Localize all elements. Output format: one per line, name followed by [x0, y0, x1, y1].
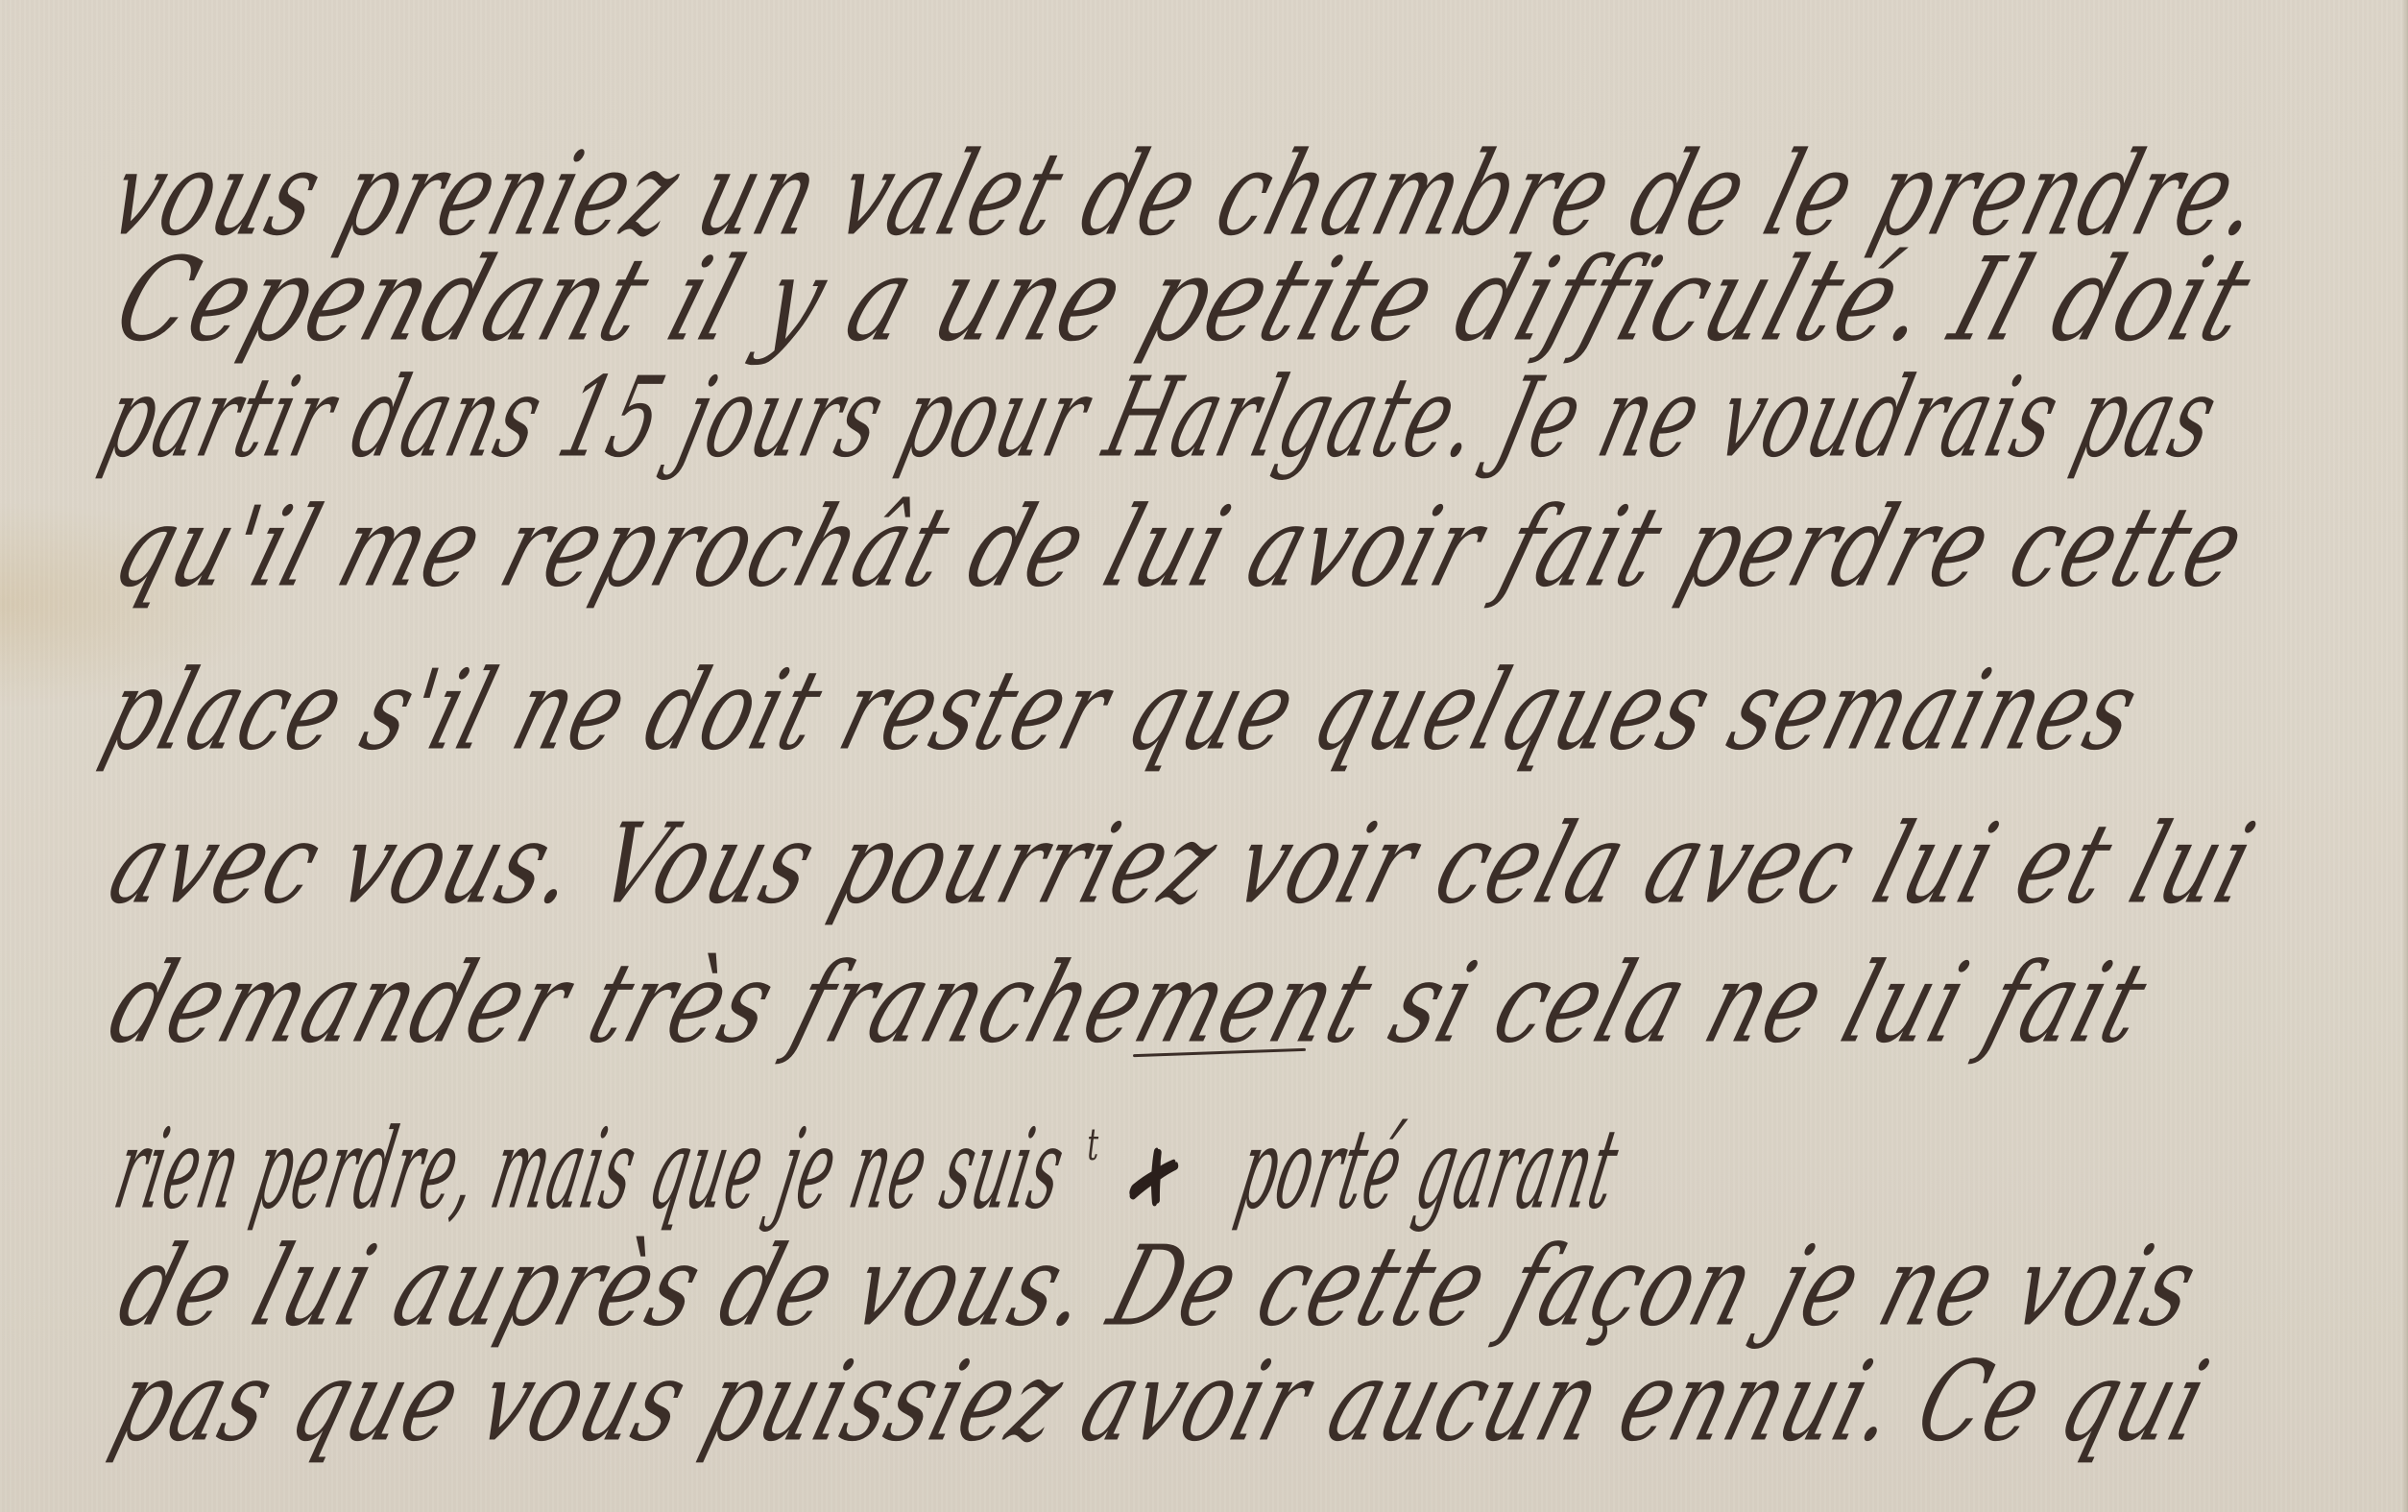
letter-text: pas que vous puissiez avoir aucun ennui.… — [101, 1337, 2223, 1466]
letter-text: rien perdre, mais que je ne suis — [106, 1105, 1075, 1234]
letter-line-7: demander très franchement si cela ne lui… — [96, 965, 2169, 1068]
letter-line-8: rien perdre, mais que je ne suis t ✗ por… — [106, 1118, 1633, 1234]
letter-text: partir dans 15 jours pour Harlgate. Je n… — [91, 353, 2231, 482]
letter-text: porté garant — [1229, 1105, 1629, 1234]
letter-text: demander très franchement si cela ne lui… — [96, 939, 2162, 1068]
letter-text: place s'il ne doit rester que quelques s… — [91, 646, 2153, 775]
superscript-mark: t — [1087, 1118, 1099, 1170]
letter-line-5: place s'il ne doit rester que quelques s… — [91, 672, 2159, 775]
letter-text: qu'il me reprochât de lui avoir fait per… — [101, 483, 2260, 612]
letter-text: avec vous. Vous pourriez voir cela avec … — [96, 800, 2269, 928]
letter-line-9: de lui auprès de vous. De cette façon je… — [106, 1248, 2219, 1351]
letter-line-10: pas que vous puissiez avoir aucun ennui.… — [101, 1363, 2228, 1466]
letter-line-6: avec vous. Vous pourriez voir cela avec … — [96, 826, 2276, 928]
letter-text: Cependant il y a une petite difficulté. … — [101, 232, 2268, 367]
letter-text: de lui auprès de vous. De cette façon je… — [106, 1222, 2212, 1351]
letter-line-3: partir dans 15 jours pour Harlgate. Je n… — [91, 379, 2236, 482]
letter-line-2: Cependant il y a une petite difficulté. … — [101, 259, 2275, 367]
letter-line-4: qu'il me reprochât de lui avoir fait per… — [101, 509, 2267, 612]
letter-page: vous preniez un valet de chambre de le p… — [0, 0, 2408, 1512]
